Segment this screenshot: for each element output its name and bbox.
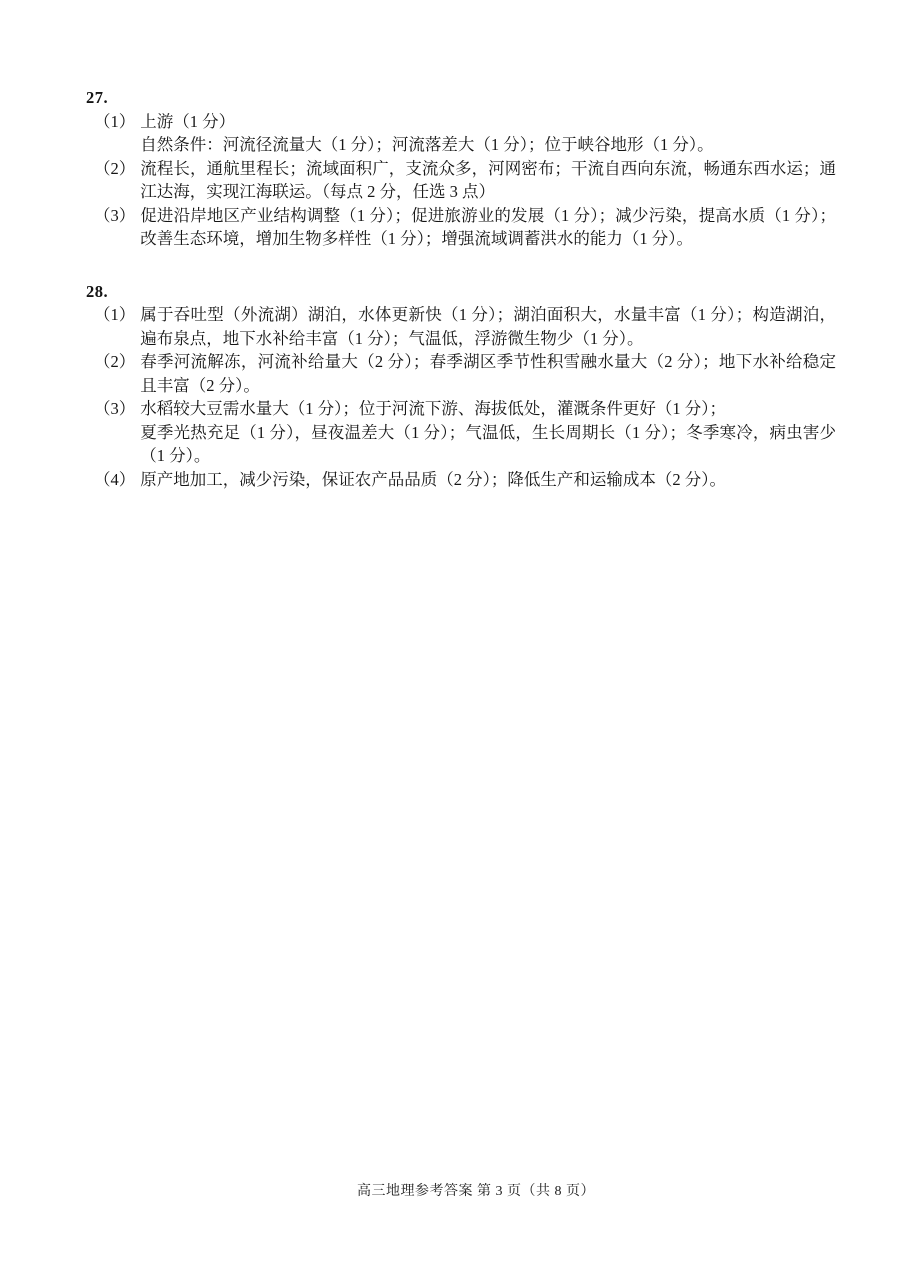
question-number: 28. [86, 280, 836, 304]
question-28-part-4: （4） 原产地加工，减少污染，保证农产品品质（2 分）；降低生产和运输成本（2 … [86, 468, 836, 492]
question-28-part-1: （1） 属于吞吐型（外流湖）湖泊，水体更新快（1 分）；湖泊面积大，水量丰富（1… [86, 303, 836, 350]
part-body: 春季河流解冻，河流补给量大（2 分）；春季湖区季节性积雪融水量大（2 分）；地下… [140, 350, 836, 397]
part-body: 流程长，通航里程长；流域面积广，支流众多，河网密布；干流自西向东流，畅通东西水运… [140, 157, 836, 204]
question-28: 28. （1） 属于吞吐型（外流湖）湖泊，水体更新快（1 分）；湖泊面积大，水量… [86, 280, 836, 492]
question-27-part-1: （1） 上游（1 分） 自然条件：河流径流量大（1 分）；河流落差大（1 分）；… [86, 110, 836, 157]
part-label: （3） [94, 397, 135, 421]
page-footer: 高三地理参考答案 第 3 页（共 8 页） [0, 1180, 900, 1204]
part-body: 促进沿岸地区产业结构调整（1 分）；促进旅游业的发展（1 分）；减少污染，提高水… [140, 204, 836, 251]
answer-line: 促进沿岸地区产业结构调整（1 分）；促进旅游业的发展（1 分）；减少污染，提高水… [140, 204, 836, 251]
answer-line: 夏季光热充足（1 分），昼夜温差大（1 分）；气温低，生长周期长（1 分）；冬季… [140, 421, 836, 468]
part-label: （1） [94, 303, 135, 327]
answer-sheet-page: 27. （1） 上游（1 分） 自然条件：河流径流量大（1 分）；河流落差大（1… [0, 0, 900, 491]
answer-line: 原产地加工，减少污染，保证农产品品质（2 分）；降低生产和运输成本（2 分）。 [140, 468, 836, 492]
part-body: 上游（1 分） 自然条件：河流径流量大（1 分）；河流落差大（1 分）；位于峡谷… [140, 110, 836, 157]
answer-line: 春季河流解冻，河流补给量大（2 分）；春季湖区季节性积雪融水量大（2 分）；地下… [140, 350, 836, 397]
part-body: 属于吞吐型（外流湖）湖泊，水体更新快（1 分）；湖泊面积大，水量丰富（1 分）；… [140, 303, 836, 350]
question-27-part-2: （2） 流程长，通航里程长；流域面积广，支流众多，河网密布；干流自西向东流，畅通… [86, 157, 836, 204]
question-28-part-3: （3） 水稻较大豆需水量大（1 分）；位于河流下游、海拔低处，灌溉条件更好（1 … [86, 397, 836, 468]
question-number: 27. [86, 86, 836, 110]
part-label: （4） [94, 468, 135, 492]
answer-line: 水稻较大豆需水量大（1 分）；位于河流下游、海拔低处，灌溉条件更好（1 分）； [140, 397, 836, 421]
answer-line: 属于吞吐型（外流湖）湖泊，水体更新快（1 分）；湖泊面积大，水量丰富（1 分）；… [140, 303, 836, 350]
answer-line: 流程长，通航里程长；流域面积广，支流众多，河网密布；干流自西向东流，畅通东西水运… [140, 157, 836, 204]
part-body: 原产地加工，减少污染，保证农产品品质（2 分）；降低生产和运输成本（2 分）。 [140, 468, 836, 492]
part-label: （2） [94, 350, 135, 374]
question-28-part-2: （2） 春季河流解冻，河流补给量大（2 分）；春季湖区季节性积雪融水量大（2 分… [86, 350, 836, 397]
question-27-part-3: （3） 促进沿岸地区产业结构调整（1 分）；促进旅游业的发展（1 分）；减少污染… [86, 204, 836, 251]
part-label: （1） [94, 110, 135, 134]
answer-line: 自然条件：河流径流量大（1 分）；河流落差大（1 分）；位于峡谷地形（1 分）。 [140, 133, 836, 157]
part-label: （3） [94, 204, 135, 228]
part-body: 水稻较大豆需水量大（1 分）；位于河流下游、海拔低处，灌溉条件更好（1 分）； … [140, 397, 836, 468]
part-label: （2） [94, 157, 135, 181]
question-27: 27. （1） 上游（1 分） 自然条件：河流径流量大（1 分）；河流落差大（1… [86, 86, 836, 251]
answer-line: 上游（1 分） [140, 110, 836, 134]
